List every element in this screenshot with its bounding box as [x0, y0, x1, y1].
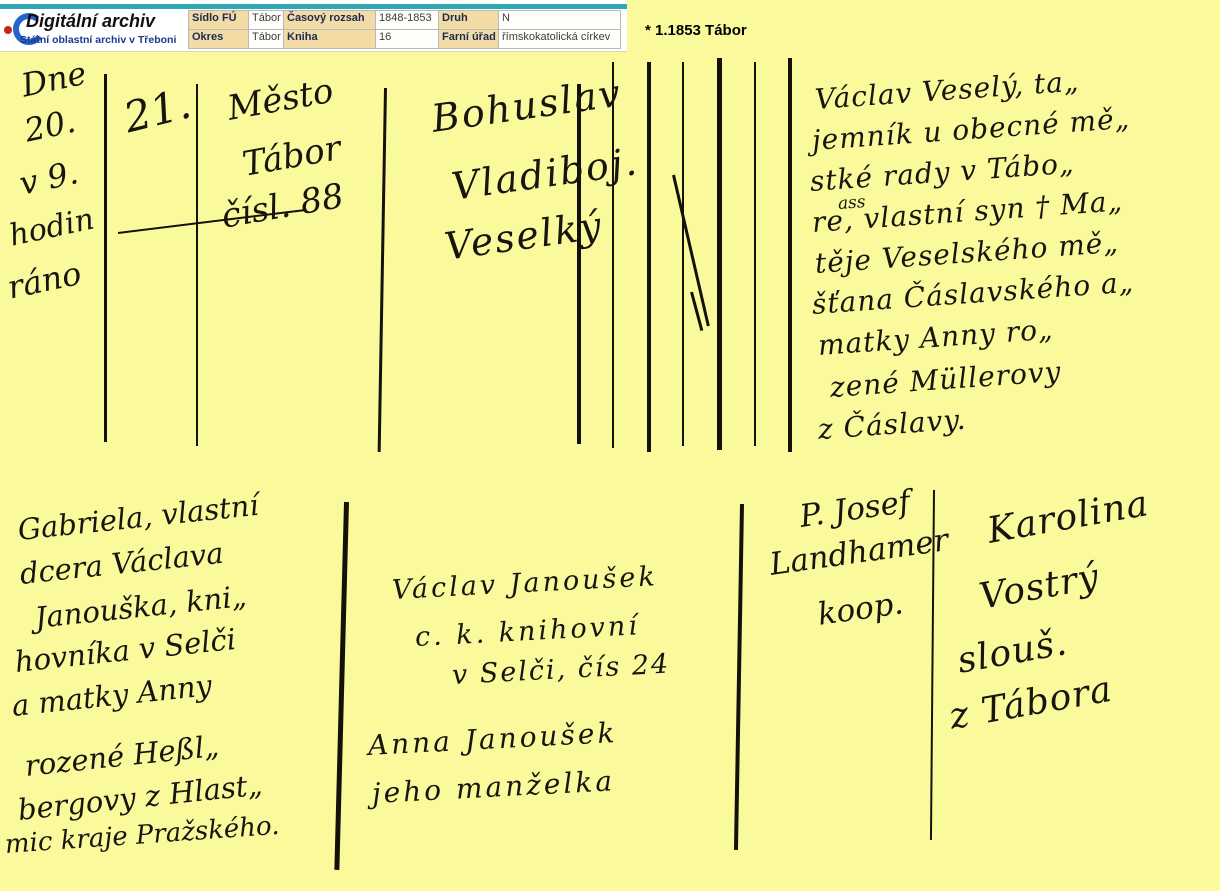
- column-rule: [334, 502, 349, 870]
- metadata-row: Okres Tábor Kniha 16 Farní úřad římskoka…: [189, 30, 621, 49]
- house-line: Město: [225, 74, 336, 126]
- field-value-okres: Tábor: [249, 30, 284, 49]
- midwife-line: z Tábora: [947, 672, 1115, 736]
- witness-wife-line: Anna Janoušek: [367, 719, 618, 760]
- child-name-line: Bohuslav: [429, 74, 624, 138]
- mother-line: dcera Václava: [18, 539, 224, 589]
- father-line: stké rady v Tábo„: [809, 150, 1075, 196]
- record-annotation: * 1.1853 Tábor: [645, 22, 747, 39]
- priest-line: koop.: [816, 588, 905, 631]
- column-rule: [647, 62, 651, 452]
- field-label-druh: Druh: [439, 11, 499, 30]
- father-line-insertion: ass: [837, 194, 866, 213]
- column-rule: [104, 74, 107, 442]
- field-label-okres: Okres: [189, 30, 249, 49]
- mother-line: rozené Heßl„: [23, 732, 220, 781]
- column-rule: [717, 58, 722, 450]
- father-line: zené Müllerovy: [829, 358, 1062, 402]
- field-value-druh: N: [499, 11, 621, 30]
- house-line: čísl. 88: [219, 179, 346, 234]
- midwife-line: Karolina: [985, 486, 1152, 550]
- column-rule: [612, 62, 614, 448]
- field-value-kniha: 16: [376, 30, 439, 49]
- column-rule: [682, 62, 684, 446]
- metadata-table: Sídlo FÚ Tábor Časový rozsah 1848-1853 D…: [188, 10, 621, 49]
- column-rule: [754, 62, 756, 446]
- priest-line: Landhamer: [768, 525, 950, 581]
- field-label-sidlo-fu: Sídlo FÚ: [189, 11, 249, 30]
- metadata-row: Sídlo FÚ Tábor Časový rozsah 1848-1853 D…: [189, 11, 621, 30]
- pen-slash: [672, 175, 710, 327]
- column-rule: [788, 58, 792, 452]
- logo-title: Digitální archiv: [26, 11, 155, 32]
- record-scan[interactable]: Dne 20. v 9. hodin ráno 21. Město Tábor …: [0, 0, 1220, 891]
- archive-viewer-page: Dne 20. v 9. hodin ráno 21. Město Tábor …: [0, 0, 1220, 891]
- column-rule: [734, 504, 744, 850]
- house-line: Tábor: [240, 131, 343, 182]
- father-line: matky Anny ro„: [817, 316, 1054, 360]
- date-line: v 9.: [17, 156, 81, 200]
- date-line: hodin: [7, 205, 97, 252]
- logo-subtitle: Státní oblastní archiv v Třeboni: [20, 34, 176, 46]
- column-rule: [577, 84, 581, 444]
- mother-line: a matky Anny: [10, 671, 213, 721]
- witness-wife-line: jeho manželka: [371, 767, 615, 808]
- priest-line: P. Josef: [798, 487, 912, 533]
- column-rule: [196, 84, 198, 446]
- field-value-farni-urad: římskokatolická církev: [499, 30, 621, 49]
- field-label-kniha: Kniha: [284, 30, 376, 49]
- field-label-casovy-rozsah: Časový rozsah: [284, 11, 376, 30]
- witness-line: c. k. knihovní: [414, 612, 640, 651]
- witness-line: v Selči, čís 24: [451, 651, 671, 689]
- header-bar: Digitální archiv Státní oblastní archiv …: [0, 0, 627, 52]
- column-rule: [378, 88, 387, 452]
- date-line: 20.: [22, 105, 78, 147]
- digital-archive-logo[interactable]: Digitální archiv Státní oblastní archiv …: [2, 9, 188, 50]
- witness-line: Václav Janoušek: [391, 563, 658, 604]
- date-line: ráno: [5, 257, 84, 304]
- father-line: z Čáslavy.: [817, 406, 967, 444]
- field-label-farni-urad: Farní úřad: [439, 30, 499, 49]
- midwife-line: Vostrý: [977, 559, 1102, 615]
- date-line: Dne: [19, 57, 89, 102]
- entry-number: 21.: [120, 82, 195, 139]
- midwife-line: slouš.: [955, 625, 1070, 680]
- field-value-sidlo-fu: Tábor: [249, 11, 284, 30]
- mother-line: Gabriela, vlastní: [16, 491, 259, 545]
- field-value-casovy-rozsah: 1848-1853: [376, 11, 439, 30]
